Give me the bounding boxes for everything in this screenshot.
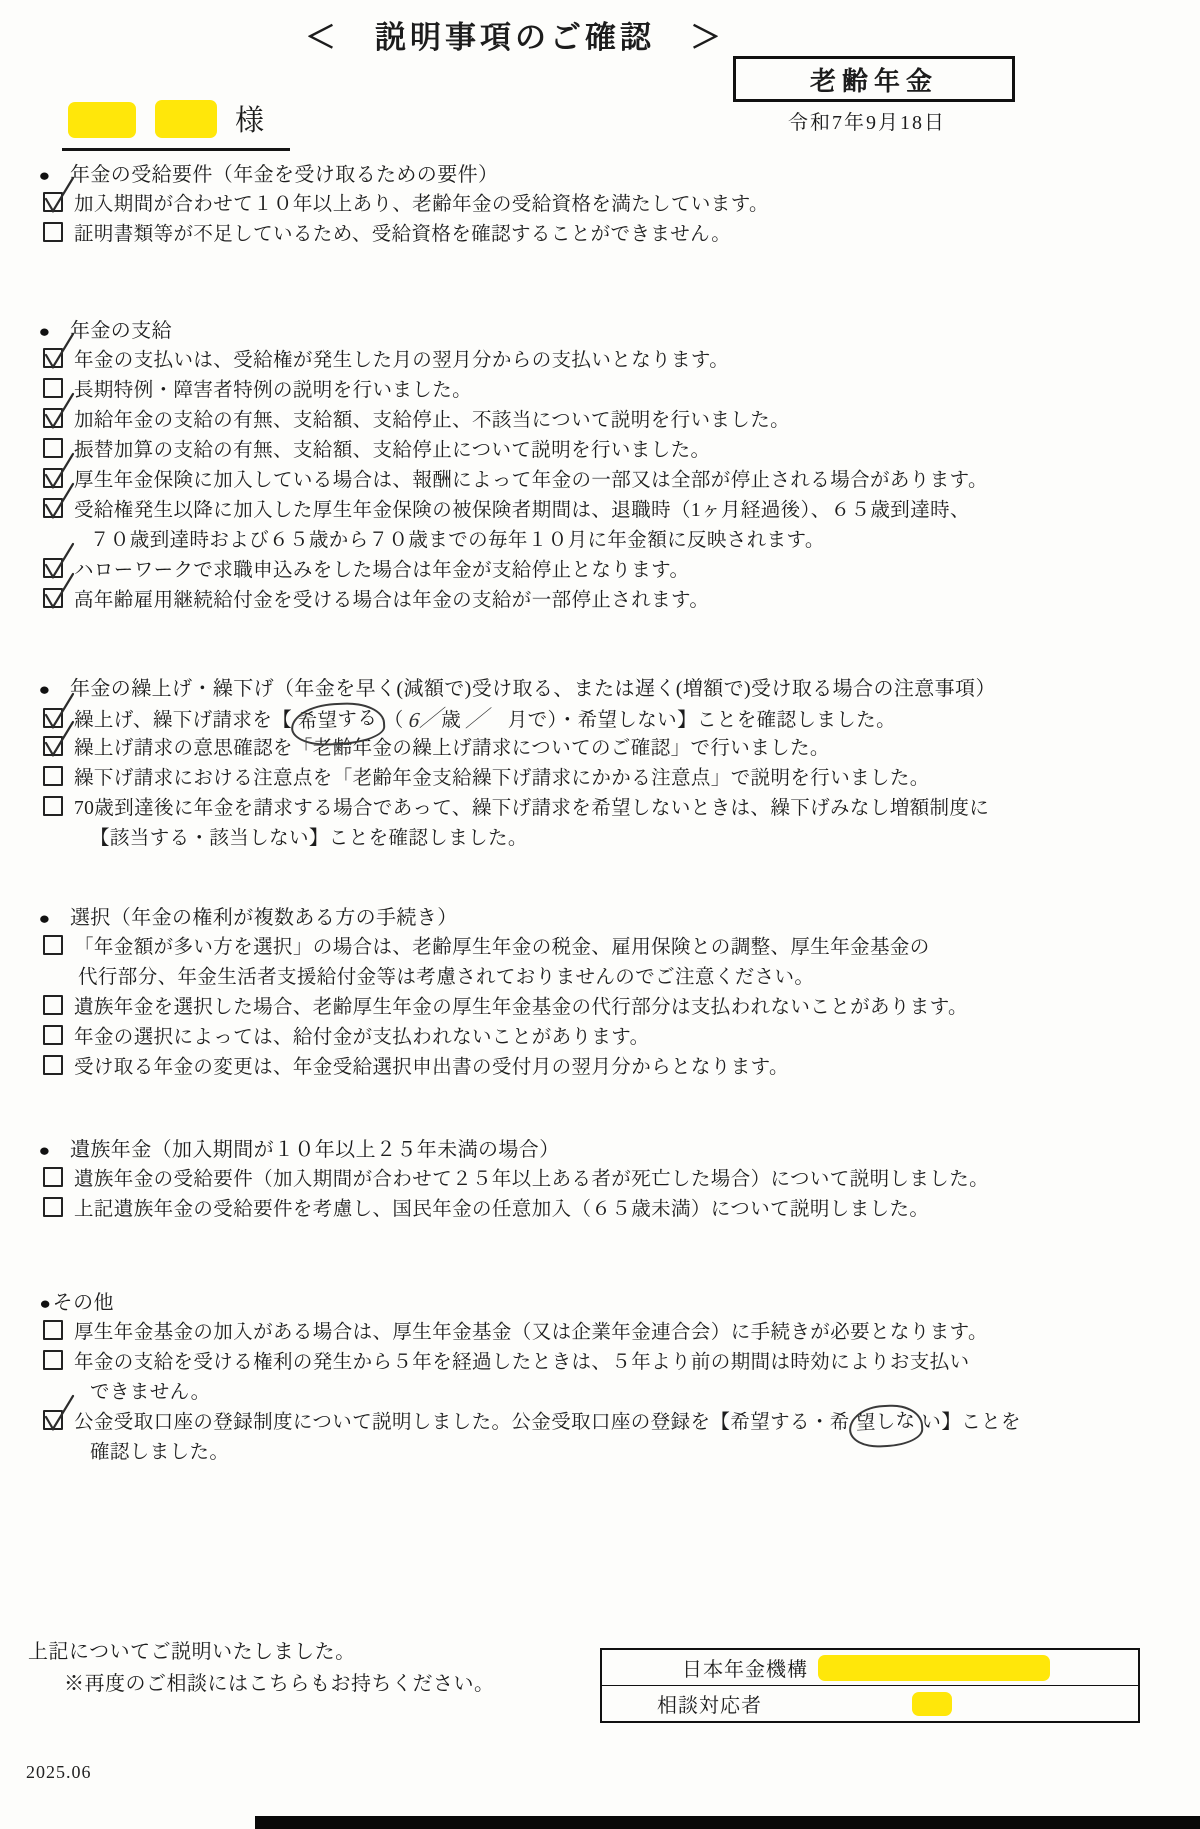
section-header: ●選択（年金の権利が複数ある方の手続き） (40, 903, 1180, 933)
checkbox[interactable] (43, 995, 63, 1015)
checklist-row: 繰下げ請求における注意点を「老齢年金支給繰下げ請求にかかる注意点」で説明を行いま… (40, 764, 1180, 794)
section-bullet-icon: ● (39, 1136, 62, 1166)
text-segment: 月で）・希望しない】ことを確認しました。 (488, 710, 896, 731)
checklist-item-text: 加給年金の支給の有無、支給額、支給停止、不該当について説明を行いました。 (74, 410, 790, 431)
checklist-item-text: 【該当する・該当しない】ことを確認しました。 (90, 828, 528, 849)
checklist-row: 公金受取口座の登録制度について説明しました。公金受取口座の登録を【希望する・希望… (40, 1408, 1180, 1438)
checkbox[interactable] (43, 766, 63, 786)
checklist-content: ●年金の受給要件（年金を受け取るための要件） 加入期間が合わせて１０年以上あり、… (40, 0, 1180, 1700)
checkbox[interactable] (43, 1025, 63, 1045)
organization-name: 日本年金機構 (682, 1653, 808, 1682)
section-title: 選択（年金の権利が複数ある方の手続き） (70, 907, 458, 929)
checklist-item-text: 高年齢雇用継続給付金を受ける場合は年金の支給が一部停止されます。 (74, 590, 709, 611)
checklist-row: 長期特例・障害者特例の説明を行いました。 (40, 376, 1180, 406)
checkbox[interactable] (43, 708, 63, 728)
scan-edge-artifact (255, 1816, 1200, 1829)
section-title: 年金の支給 (70, 320, 172, 342)
checkbox[interactable] (43, 558, 63, 578)
checkbox[interactable] (43, 468, 63, 488)
checklist-item-text: 年金の支給を受ける権利の発生から５年を経過したときは、５年より前の期間は時効によ… (74, 1352, 970, 1373)
organization-table: 日本年金機構 相談対応者 (600, 1648, 1140, 1723)
section-jukyu-yoken: ●年金の受給要件（年金を受け取るための要件） 加入期間が合わせて１０年以上あり、… (40, 160, 1180, 250)
checkbox[interactable] (43, 588, 63, 608)
checkbox[interactable] (43, 1167, 63, 1187)
checklist-row: 受給権発生以降に加入した厚生年金保険の被保険者期間は、退職時（1ヶ月経過後）、６… (40, 496, 1180, 526)
checklist-item-text: 遺族年金の受給要件（加入期間が合わせて２５年以上ある者が死亡した場合）について説… (74, 1169, 989, 1190)
text-segment: （ (384, 710, 409, 731)
checklist-item-text: 繰上げ請求の意思確認を「老齢年金の繰上げ請求についてのご確認」で行いました。 (74, 738, 830, 759)
section-title: 年金の繰上げ・繰下げ（年金を早く(減額で)受け取る、または遅く(増額で)受け取る… (70, 678, 996, 700)
checklist-row: 70歳到達後に年金を請求する場合であって、繰下げ請求を希望しないときは、繰下げみ… (40, 794, 1180, 824)
text-segment: い】ことを (921, 1412, 1021, 1433)
checkbox[interactable] (43, 736, 63, 756)
checkbox[interactable] (43, 498, 63, 518)
document-page: ＜ 説明事項のご確認 ＞ 老齢年金 令和7年9月18日 様 ●年金の受給要件（年… (0, 0, 1200, 1829)
checklist-item-text: ハローワークで求職申込みをした場合は年金が支給停止となります。 (74, 560, 689, 581)
checkbox[interactable] (43, 1350, 63, 1370)
checklist-item-text: 加入期間が合わせて１０年以上あり、老齢年金の受給資格を満たしています。 (74, 194, 769, 215)
checkbox[interactable] (43, 796, 63, 816)
checklist-row: 遺族年金を選択した場合、老齢厚生年金の厚生年金基金の代行部分は支払われないことが… (40, 993, 1180, 1023)
checklist-item-text: 厚生年金基金の加入がある場合は、厚生年金基金（又は企業年金連合会）に手続きが必要… (74, 1322, 988, 1343)
checkbox[interactable] (43, 438, 63, 458)
section-bullet-icon: ● (39, 675, 62, 705)
text-segment: 歳 (441, 710, 466, 731)
checklist-row: 高年齢雇用継続給付金を受ける場合は年金の支給が一部停止されます。 (40, 586, 1180, 616)
section-header: ●年金の受給要件（年金を受け取るための要件） (40, 160, 1180, 190)
checklist-item-text: 長期特例・障害者特例の説明を行いました。 (74, 380, 472, 401)
checklist-item-text: 70歳到達後に年金を請求する場合であって、繰下げ請求を希望しないときは、繰下げみ… (74, 798, 989, 819)
section-title: 遺族年金（加入期間が１０年以上２５年未満の場合） (70, 1139, 560, 1161)
checklist-row-continuation: 確認しました。 (40, 1438, 1180, 1468)
checklist-item-text: 証明書類等が不足しているため、受給資格を確認することができません。 (74, 224, 731, 245)
checkbox[interactable] (43, 348, 63, 368)
checklist-row: 振替加算の支給の有無、支給額、支給停止について説明を行いました。 (40, 436, 1180, 466)
checklist-row-continuation: できません。 (40, 1378, 1180, 1408)
section-title: 年金の受給要件（年金を受け取るための要件） (70, 164, 498, 186)
section-shikyu: ●年金の支給 年金の支払いは、受給権が発生した月の翌月分からの支払いとなります。… (40, 316, 1180, 616)
checklist-row: 年金の選択によっては、給付金が支払われないことがあります。 (40, 1023, 1180, 1053)
checkbox[interactable] (43, 192, 63, 212)
section-bullet-icon: ● (39, 904, 62, 934)
checklist-row: 加給年金の支給の有無、支給額、支給停止、不該当について説明を行いました。 (40, 406, 1180, 436)
redacted-office-name (818, 1655, 1050, 1681)
checklist-row: 「年金額が多い方を選択」の場合は、老齢厚生年金の税金、雇用保険との調整、厚生年金… (40, 933, 1180, 963)
staff-row: 相談対応者 (602, 1685, 1138, 1721)
section-header: ●その他 (40, 1288, 1180, 1318)
checklist-item-text: 公金受取口座の登録制度について説明しました。公金受取口座の登録を【希望する・希望… (74, 1412, 1021, 1433)
checklist-row: 証明書類等が不足しているため、受給資格を確認することができません。 (40, 220, 1180, 250)
checklist-row: ハローワークで求職申込みをした場合は年金が支給停止となります。 (40, 556, 1180, 586)
checklist-item-text: 繰下げ請求における注意点を「老齢年金支給繰下げ請求にかかる注意点」で説明を行いま… (74, 768, 930, 789)
checkbox[interactable] (43, 1197, 63, 1217)
text-segment: 繰上げ、繰下げ請求を【 (74, 710, 292, 731)
checklist-item-text: 振替加算の支給の有無、支給額、支給停止について説明を行いました。 (74, 440, 710, 461)
section-bullet-icon: ● (39, 317, 62, 347)
checklist-row: 加入期間が合わせて１０年以上あり、老齢年金の受給資格を満たしています。 (40, 190, 1180, 220)
checkbox[interactable] (43, 1410, 63, 1430)
checklist-item-text: 上記遺族年金の受給要件を考慮し、国民年金の任意加入（６５歳未満）について説明しま… (74, 1199, 929, 1220)
redacted-staff-stamp (912, 1692, 952, 1716)
checkbox[interactable] (43, 1320, 63, 1340)
checkbox[interactable] (43, 1055, 63, 1075)
checklist-item-text: ７０歳到達時および６５歳から７０歳までの毎年１０月に年金額に反映されます。 (90, 530, 825, 551)
handwritten-age-value: 6／ (407, 703, 442, 736)
checklist-item-text: 代行部分、年金生活者支援給付金等は考慮されておりませんのでご注意ください。 (78, 967, 814, 988)
checkbox[interactable] (43, 935, 63, 955)
checklist-row-continuation: 代行部分、年金生活者支援給付金等は考慮されておりませんのでご注意ください。 (40, 963, 1180, 993)
checklist-item-text: 年金の支払いは、受給権が発生した月の翌月分からの支払いとなります。 (74, 350, 729, 371)
checklist-item-text: できません。 (90, 1382, 211, 1403)
checklist-row: 繰上げ、繰下げ請求を【希望する（ 6／歳 ／ 月で）・希望しない】ことを確認しま… (40, 704, 1180, 734)
form-revision-code: 2025.06 (26, 1762, 92, 1783)
checklist-item-text: 年金の選択によっては、給付金が支払われないことがあります。 (74, 1027, 650, 1048)
checklist-item-text: 遺族年金を選択した場合、老齢厚生年金の厚生年金基金の代行部分は支払われないことが… (74, 997, 968, 1018)
handwritten-slash: ／ (465, 703, 489, 735)
checkbox[interactable] (43, 222, 63, 242)
section-header: ●年金の支給 (40, 316, 1180, 346)
organization-row: 日本年金機構 (602, 1650, 1138, 1685)
checklist-item-text: 受け取る年金の変更は、年金受給選択申出書の受付月の翌月分からとなります。 (74, 1057, 789, 1078)
checklist-row: 厚生年金基金の加入がある場合は、厚生年金基金（又は企業年金連合会）に手続きが必要… (40, 1318, 1180, 1348)
checklist-item-text: 繰上げ、繰下げ請求を【希望する（ 6／歳 ／ 月で）・希望しない】ことを確認しま… (74, 710, 896, 731)
checklist-row: 繰上げ請求の意思確認を「老齢年金の繰上げ請求についてのご確認」で行いました。 (40, 734, 1180, 764)
section-bullet-icon: ● (39, 161, 62, 191)
section-kuriage-kurisage: ●年金の繰上げ・繰下げ（年金を早く(減額で)受け取る、または遅く(増額で)受け取… (40, 674, 1180, 854)
checklist-item-text: 「年金額が多い方を選択」の場合は、老齢厚生年金の税金、雇用保険との調整、厚生年金… (74, 937, 930, 958)
checklist-item-text: 受給権発生以降に加入した厚生年金保険の被保険者期間は、退職時（1ヶ月経過後）、６… (74, 500, 970, 521)
checklist-row: 上記遺族年金の受給要件を考慮し、国民年金の任意加入（６５歳未満）について説明しま… (40, 1195, 1180, 1225)
checkbox[interactable] (43, 408, 63, 428)
staff-label: 相談対応者 (657, 1689, 762, 1718)
checklist-row: 受け取る年金の変更は、年金受給選択申出書の受付月の翌月分からとなります。 (40, 1053, 1180, 1083)
section-sentaku: ●選択（年金の権利が複数ある方の手続き） 「年金額が多い方を選択」の場合は、老齢… (40, 903, 1180, 1083)
section-title: その他 (53, 1292, 114, 1314)
checkbox[interactable] (43, 378, 63, 398)
text-segment: 公金受取口座の登録制度について説明しました。公金受取口座の登録を【希望する・希 (74, 1412, 850, 1433)
section-izoku-nenkin: ●遺族年金（加入期間が１０年以上２５年未満の場合） 遺族年金の受給要件（加入期間… (40, 1135, 1180, 1225)
checklist-row: 厚生年金保険に加入している場合は、報酬によって年金の一部又は全部が停止される場合… (40, 466, 1180, 496)
checklist-row: 年金の支払いは、受給権が発生した月の翌月分からの支払いとなります。 (40, 346, 1180, 376)
section-bullet-icon: ● (39, 1289, 51, 1319)
section-header: ●年金の繰上げ・繰下げ（年金を早く(減額で)受け取る、または遅く(増額で)受け取… (40, 674, 1180, 704)
checklist-row: 遺族年金の受給要件（加入期間が合わせて２５年以上ある者が死亡した場合）について説… (40, 1165, 1180, 1195)
section-header: ●遺族年金（加入期間が１０年以上２５年未満の場合） (40, 1135, 1180, 1165)
section-sonota: ●その他 厚生年金基金の加入がある場合は、厚生年金基金（又は企業年金連合会）に手… (40, 1288, 1180, 1468)
checklist-row-continuation: 【該当する・該当しない】ことを確認しました。 (40, 824, 1180, 854)
checklist-row: 年金の支給を受ける権利の発生から５年を経過したときは、５年より前の期間は時効によ… (40, 1348, 1180, 1378)
checklist-item-text: 確認しました。 (90, 1442, 229, 1463)
checklist-row-continuation: ７０歳到達時および６５歳から７０歳までの毎年１０月に年金額に反映されます。 (40, 526, 1180, 556)
checklist-item-text: 厚生年金保険に加入している場合は、報酬によって年金の一部又は全部が停止される場合… (74, 470, 988, 491)
